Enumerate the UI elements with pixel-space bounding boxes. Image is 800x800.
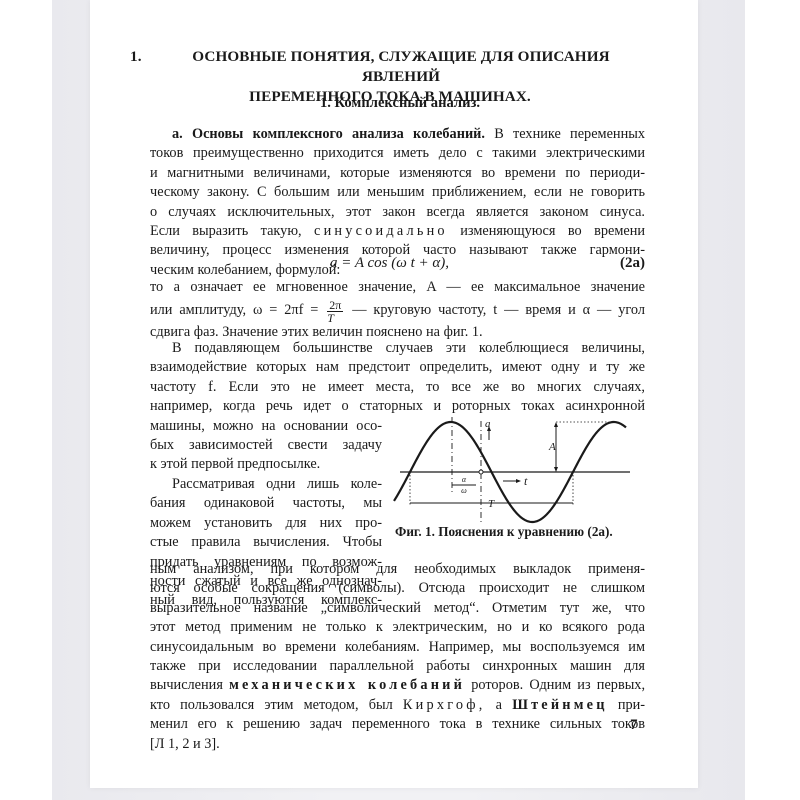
text-fragment: вычисления: [150, 677, 223, 693]
text-line: В подавляющем большинстве случаев эти ко…: [150, 339, 645, 358]
text-line: частоту f. Если это не имеет места, то в…: [150, 378, 645, 397]
name-steinmetz: Штейнмец: [512, 697, 607, 713]
spaced-emphasis: синусоидально: [314, 223, 448, 239]
text-fragment: или амплитуду, ω = 2πf =: [150, 302, 318, 318]
amplitude-arrowhead-up-icon: [554, 422, 558, 427]
paragraph-3-narrow: машины, можно на основании осо- бых зави…: [150, 417, 382, 475]
text-fragment: Если выразить такую,: [150, 223, 302, 239]
text-line: В технике переменных: [485, 126, 645, 142]
text-line: и магнитными величинами, которые изменяю…: [150, 164, 645, 183]
text-line: можем установить для них про-: [150, 514, 382, 533]
text-fragment: роторов. Одним из первых,: [471, 677, 645, 693]
phase-denominator: ω: [461, 486, 467, 495]
text-line: о случаях исключительных, этот закон все…: [150, 203, 645, 222]
text-line: бания одинаковой частоты, мы: [150, 494, 382, 513]
text-line: [Л 1, 2 и 3].: [150, 735, 645, 754]
spaced-emphasis: механических колебаний: [229, 677, 465, 693]
text-line: также при исследовании параллельной рабо…: [150, 657, 645, 676]
formula-expression: a = A cos (ω t + α),: [330, 255, 449, 272]
amplitude-arrowhead-down-icon: [554, 467, 558, 472]
period-label: T: [488, 498, 495, 510]
chapter-title-line-1: ОСНОВНЫЕ ПОНЯТИЯ, СЛУЖАЩИЕ ДЛЯ ОПИСАНИЯ …: [130, 47, 650, 87]
t-arrowhead-icon: [516, 479, 521, 483]
paragraph-2: то a означает ее мгновенное значение, A …: [150, 278, 645, 343]
text-line: бых зависимостей свести задачу: [150, 436, 382, 455]
fraction-numerator: 2π: [327, 299, 343, 312]
text-line: машины, можно на основании осо-: [150, 417, 382, 436]
text-line: менил его к решению задач переменного то…: [150, 715, 645, 734]
figure-caption: Фиг. 1. Пояснения к уравнению (2a).: [395, 524, 655, 540]
a-axis-label: a: [485, 418, 491, 430]
text-line: ческому закону. С большим или меньшим пр…: [150, 183, 645, 202]
text-fragment: изменяющуюся во времени: [460, 223, 645, 239]
text-fragment: — круговую частоту, t — время и α — угол: [352, 302, 645, 318]
paragraph-4: ным анализом, при котором для необходимы…: [150, 560, 645, 754]
origin-point: [479, 470, 483, 474]
figure-1-sine-wave: a t α ω T A: [390, 405, 660, 525]
formula-number: (2a): [620, 255, 645, 272]
subsection-lead: а. Основы комплексного анализа колебаний…: [172, 126, 485, 142]
text-line: кто пользовался этим методом, был Кирхго…: [150, 696, 645, 715]
text-line: Рассматривая одни лишь коле-: [150, 475, 382, 494]
amplitude-label: A: [548, 441, 556, 453]
text-line: этот метод применим не только к электрич…: [150, 618, 645, 637]
fraction-denominator: T: [327, 312, 343, 324]
text-line: ются особые сокращения (символы). Отсюда…: [150, 579, 645, 598]
name-kirchhoff: Кирхгоф,: [403, 697, 486, 713]
chapter-number: 1.: [130, 47, 142, 67]
text-line: Если выразить такую, синусоидально измен…: [150, 222, 645, 241]
text-line: то a означает ее мгновенное значение, A …: [150, 278, 645, 297]
text-line: стые правила вычисления. Чтобы: [150, 533, 382, 552]
fraction-2pi-over-T: 2π T: [327, 299, 343, 324]
text-line: вычисления механических колебаний роторо…: [150, 676, 645, 695]
text-line: токов преимущественно приходится иметь д…: [150, 144, 645, 163]
text-line: ным анализом, при котором для необходимы…: [150, 560, 645, 579]
text-fragment: при-: [618, 697, 645, 713]
text-line: или амплитуду, ω = 2πf = 2π T — круговую…: [150, 297, 645, 323]
text-line: выразительное название „символический ме…: [150, 599, 645, 618]
text-fragment: а: [496, 697, 502, 713]
text-line: взаимодействие которых нам предстоит опр…: [150, 358, 645, 377]
text-line: синусоидальным во времени колебаниям. На…: [150, 638, 645, 657]
t-axis-label: t: [524, 474, 528, 488]
phase-numerator: α: [462, 475, 467, 484]
text-line: к этой первой предпосылке.: [150, 455, 382, 474]
section-title: 1. Комплексный анализ.: [140, 95, 660, 112]
page-number: 7: [630, 717, 638, 734]
text-fragment: кто пользовался этим методом, был: [150, 697, 393, 713]
